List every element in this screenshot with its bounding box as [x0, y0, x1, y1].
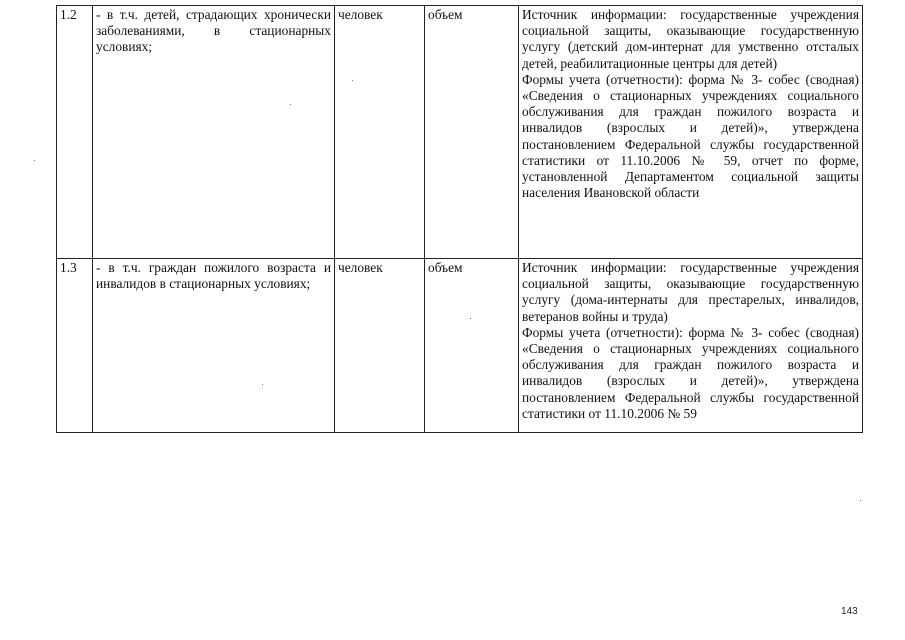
row-number: 1.3	[57, 259, 93, 433]
row-unit: человек	[335, 259, 425, 433]
row-type: объем	[425, 6, 519, 259]
indicators-table: 1.2 - в т.ч. детей, страдающих хроническ…	[56, 5, 863, 433]
table-row: 1.2 - в т.ч. детей, страдающих хроническ…	[57, 6, 863, 259]
row-description: - в т.ч. граждан пожилого возраста и инв…	[93, 259, 335, 433]
scan-speck	[34, 160, 35, 161]
scan-speck	[470, 318, 471, 319]
reporting-forms: Формы учета (отчетности): форма № 3- соб…	[522, 325, 859, 422]
row-description: - в т.ч. детей, страдающих хронически за…	[93, 6, 335, 259]
row-source: Источник информации: государственные учр…	[519, 259, 863, 433]
scan-speck	[860, 500, 861, 501]
page-number: 143	[841, 606, 858, 617]
scan-speck	[352, 80, 353, 81]
scan-speck	[290, 104, 291, 105]
row-number: 1.2	[57, 6, 93, 259]
reporting-forms: Формы учета (отчетности): форма № 3- соб…	[522, 72, 859, 202]
source-info: Источник информации: государственные учр…	[522, 7, 859, 72]
row-unit: человек	[335, 6, 425, 259]
row-source: Источник информации: государственные учр…	[519, 6, 863, 259]
row-type: объем	[425, 259, 519, 433]
table-row: 1.3 - в т.ч. граждан пожилого возраста и…	[57, 259, 863, 433]
source-info: Источник информации: государственные учр…	[522, 260, 859, 325]
scan-speck	[262, 384, 263, 385]
